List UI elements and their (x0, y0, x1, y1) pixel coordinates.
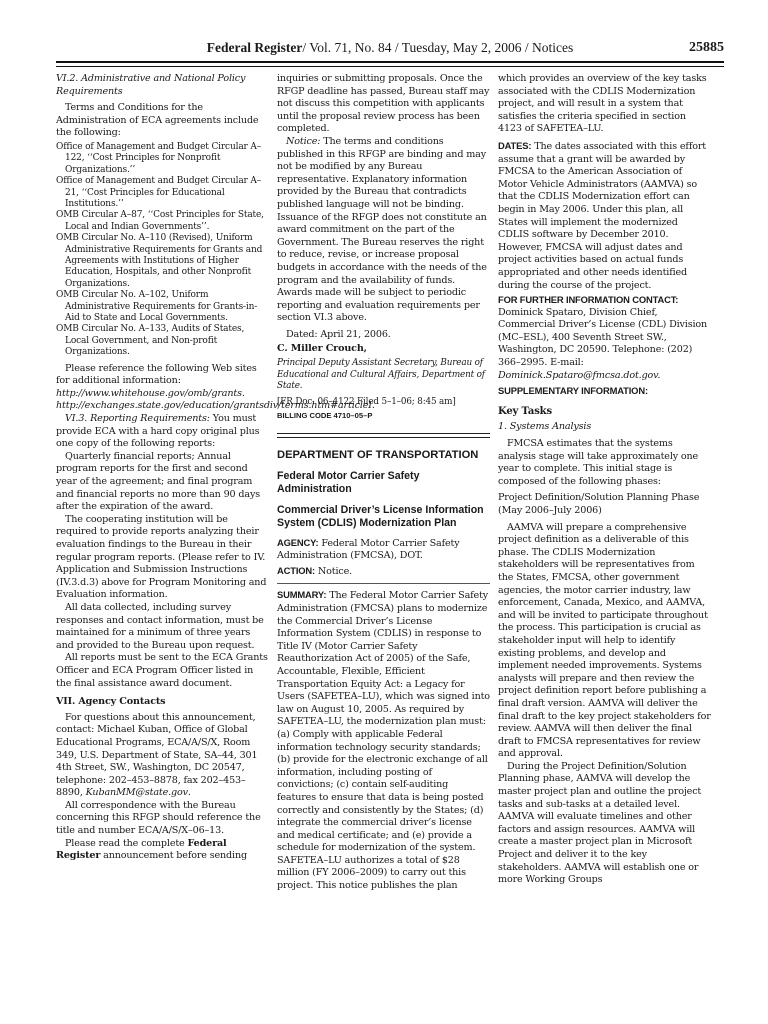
summary-label: SUMMARY: (277, 589, 326, 600)
reports-sent-para: All reports must be sent to the ECA Gran… (56, 652, 269, 690)
circular-item: Office of Management and Budget Circular… (56, 176, 269, 210)
data-para: All data collected, including survey res… (56, 602, 269, 652)
dates-para: DATES: The dates associated with this ef… (498, 140, 711, 292)
read-post: announcement before sending (100, 850, 247, 861)
reporting-requirements: VI.3. Reporting Requirements: You must p… (56, 413, 269, 451)
read-para: Please read the complete Federal Registe… (56, 838, 269, 863)
contact-text: For questions about this announcement, c… (56, 712, 257, 799)
section-heading-vii: VII. Agency Contacts (56, 696, 269, 709)
web-intro: Please reference the following Web sites… (56, 363, 269, 413)
summary-divider (277, 583, 490, 584)
page-number: 25885 (689, 40, 724, 56)
agency-heading: Federal Motor Carrier Safety Administrat… (277, 470, 490, 496)
correspondence-para: All correspondence with the Bureau conce… (56, 800, 269, 838)
notice-text: The terms and conditions published in th… (277, 136, 487, 323)
circular-item: OMB Circular No. A–110 (Revised), Unifor… (56, 233, 269, 290)
read-pre: Please read the complete (65, 838, 187, 849)
signer-title: Principal Deputy Assistant Secretary, Bu… (277, 358, 490, 393)
column-right: which provides an overview of the key ta… (498, 73, 711, 887)
action-text: Notice. (315, 566, 352, 577)
circular-item: OMB Circular A–87, ‘‘Cost Principles for… (56, 210, 269, 233)
reports-para: Quarterly financial reports; Annual prog… (56, 451, 269, 514)
action-line: ACTION: Notice. (277, 565, 490, 579)
signer-name: C. Miller Crouch, (277, 343, 490, 356)
planning-para: During the Project Definition/Solution P… (498, 761, 711, 887)
running-header: Federal Register/ Vol. 71, No. 84 / Tues… (56, 40, 724, 62)
contact-email-link[interactable]: KubanMM@state.gov (86, 787, 188, 798)
journal-name: Federal Register (207, 40, 303, 55)
issue-info: / Vol. 71, No. 84 / Tuesday, May 2, 2006… (302, 40, 573, 55)
fr-doc-line: [FR Doc. 06–4122 Filed 5–1–06; 8:45 am] (277, 396, 490, 409)
aamva-para: AAMVA will prepare a comprehensive proje… (498, 522, 711, 761)
key-tasks-heading: Key Tasks (498, 406, 711, 419)
document-title: Commercial Driver’s License Information … (277, 504, 490, 530)
column-middle: inquiries or submitting proposals. Once … (277, 73, 490, 893)
systems-analysis-heading: 1. Systems Analysis (498, 421, 711, 434)
circular-item: Office of Management and Budget Circular… (56, 142, 269, 176)
contact-end: . (188, 787, 191, 798)
department-heading: DEPARTMENT OF TRANSPORTATION (277, 449, 490, 462)
vi3-label: VI.3. Reporting Requirements: (65, 413, 210, 424)
notice-label: Notice: (286, 136, 320, 147)
summary-para: SUMMARY: The Federal Motor Carrier Safet… (277, 589, 490, 892)
header-rule-thin (56, 66, 724, 67)
link-whitehouse[interactable]: http://www.whitehouse.gov/omb/grants. (56, 388, 245, 399)
web-intro-text: Please reference the following Web sites… (56, 363, 257, 387)
agency-label: AGENCY: (277, 537, 318, 548)
notice-para: Notice: The terms and conditions publish… (277, 136, 490, 325)
dates-label: DATES: (498, 140, 531, 151)
contact-para: For questions about this announcement, c… (56, 712, 269, 800)
circular-item: OMB Circular No. A–133, Audits of States… (56, 324, 269, 358)
circular-item: OMB Circular No. A–102, Uniform Administ… (56, 290, 269, 324)
document-page: Federal Register/ Vol. 71, No. 84 / Tues… (0, 0, 768, 1024)
header-rule-thick (56, 61, 724, 63)
dated-line: Dated: April 21, 2006. (277, 329, 490, 342)
contact-email-link[interactable]: Dominick.Spataro@fmcsa.dot.gov. (498, 370, 660, 381)
phase-heading: Project Definition/Solution Planning Pha… (498, 492, 711, 517)
header-title: Federal Register/ Vol. 71, No. 84 / Tues… (56, 40, 724, 56)
dates-text: The dates associated with this effort as… (498, 141, 706, 291)
summary-text: The Federal Motor Carrier Safety Adminis… (277, 590, 490, 891)
action-label: ACTION: (277, 565, 315, 576)
agency-line: AGENCY: Federal Motor Carrier Safety Adm… (277, 537, 490, 563)
cooperating-para: The cooperating institution will be requ… (56, 514, 269, 602)
contact-para: Dominick Spataro, Division Chief, Commer… (498, 307, 711, 383)
supplementary-label: SUPPLEMENTARY INFORMATION: (498, 385, 711, 398)
contact-label: FOR FURTHER INFORMATION CONTACT: (498, 294, 711, 307)
column-left: VI.2. Administrative and National Policy… (56, 73, 269, 863)
section-heading-vi2: VI.2. Administrative and National Policy… (56, 73, 269, 98)
terms-intro: Terms and Conditions for the Administrat… (56, 102, 269, 140)
continued-para: inquiries or submitting proposals. Once … (277, 73, 490, 136)
contact-text: Dominick Spataro, Division Chief, Commer… (498, 307, 707, 368)
continued-para: which provides an overview of the key ta… (498, 73, 711, 136)
section-divider (277, 433, 490, 438)
billing-code: BILLING CODE 4710–05–P (277, 410, 490, 423)
circular-list: Office of Management and Budget Circular… (56, 142, 269, 359)
estimate-para: FMCSA estimates that the systems analysi… (498, 438, 711, 488)
